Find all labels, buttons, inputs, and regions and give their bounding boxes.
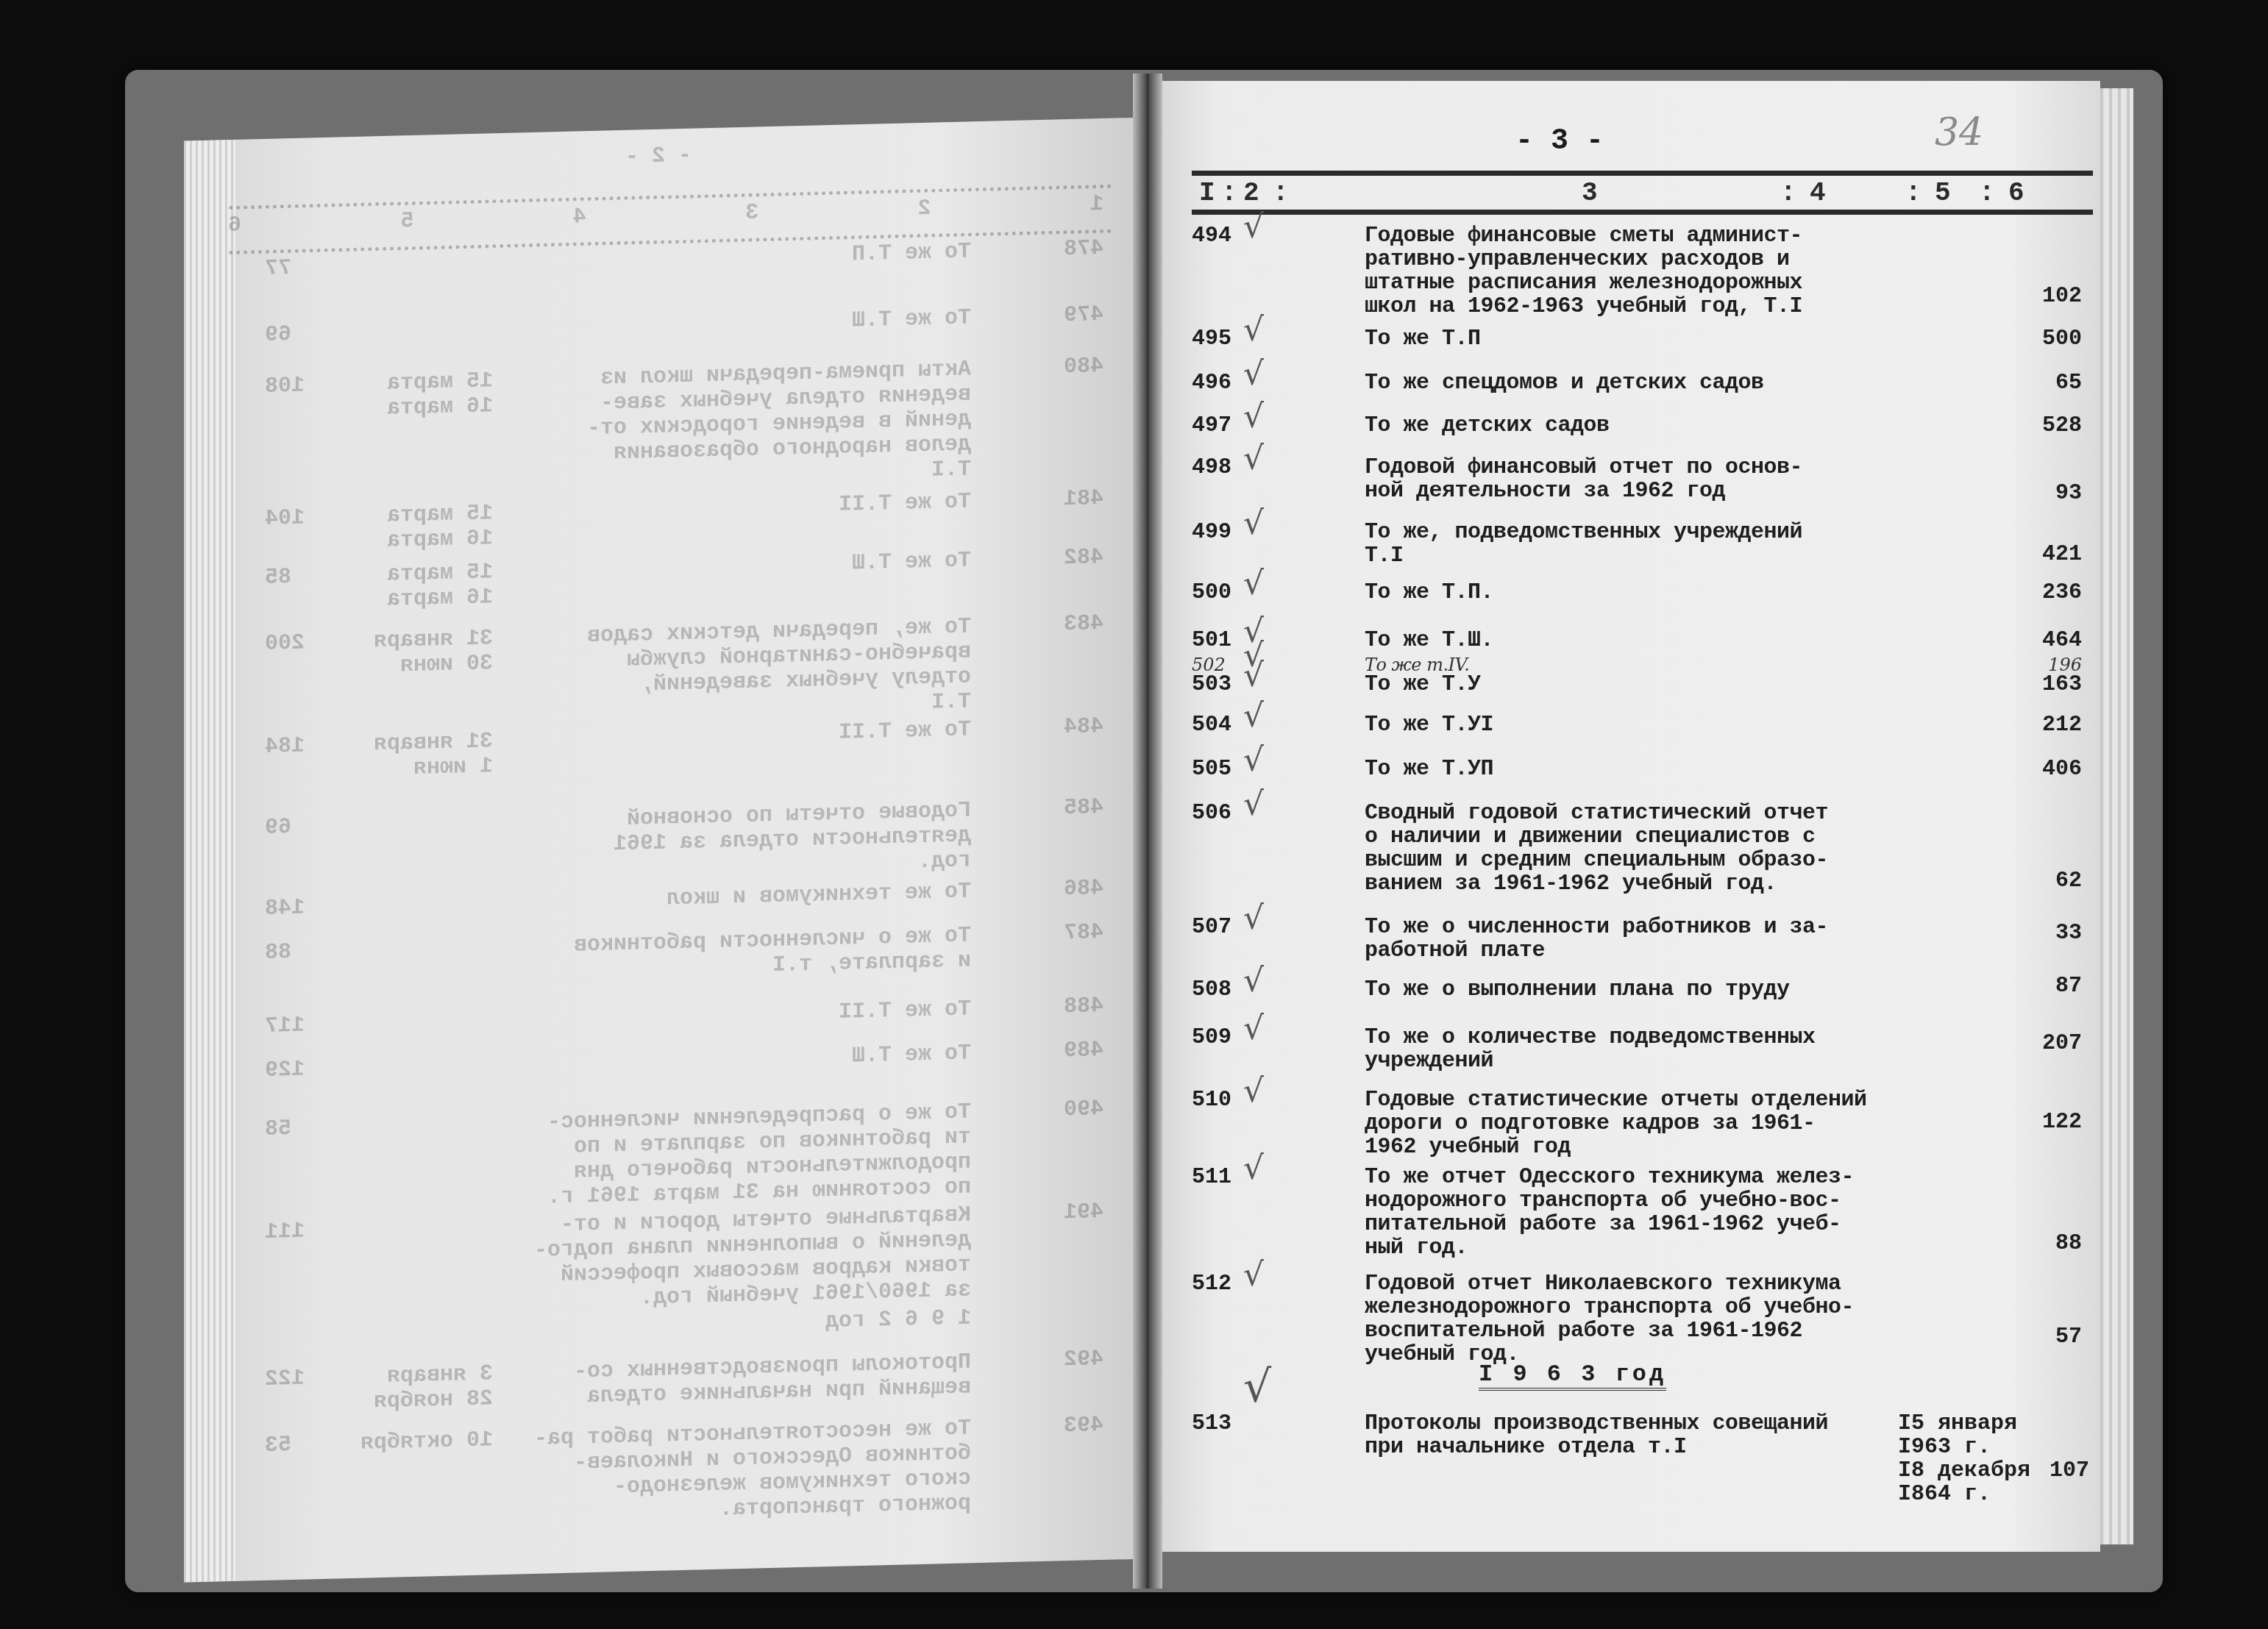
ghost-number: 492 (1023, 1347, 1103, 1399)
item-number: 506 (1192, 802, 1243, 825)
page-edge-stack-right (2100, 88, 2133, 1544)
col-header-4: 4 (1810, 178, 1826, 208)
ghost-sheets: 122 (265, 1366, 331, 1417)
sheet-count: 33 (2008, 922, 2082, 945)
ghost-sheets: 184 (265, 733, 331, 785)
checkmark-icon: √ (1243, 405, 1264, 429)
ghost-row: 482То же Т.Ш15 марта 16 марта85 (228, 545, 1103, 616)
column-header-row: I : 2 : 3 : 4 : 5 : 6 (1192, 171, 2093, 215)
ghost-number: 482 (1023, 545, 1103, 597)
item-description: То же Т.П (1365, 327, 1880, 351)
sheet-count: 500 (2008, 327, 2082, 351)
ghost-dates (331, 810, 493, 888)
ghost-sheets: 148 (265, 895, 331, 922)
ghost-row: 479То же Т.Ш69 (228, 302, 1103, 349)
ghost-sheets: 104 (265, 505, 331, 557)
ghost-dates: 15 марта 16 марта (331, 501, 493, 555)
checkmark-icon: √ (1243, 664, 1264, 688)
ghost-dates (331, 1111, 493, 1215)
ghost-text: Квартальные отчеты дороги и от- делений … (515, 1202, 971, 1313)
ghost-text: То же о численности работников и зарплат… (515, 923, 971, 984)
checkmark-icon: √ (1243, 907, 1264, 930)
item-number: 501 (1192, 629, 1243, 652)
checkmark-icon: √ (1243, 793, 1264, 816)
sheet-count: 107 (2016, 1459, 2089, 1483)
handwritten-folio: 34 (1935, 110, 1983, 154)
sheet-count: 122 (2008, 1111, 2082, 1134)
section-heading-1963: I 9 6 3 год (1479, 1361, 1666, 1391)
ghost-number: 493 (1023, 1413, 1103, 1515)
checkmark-icon: √ (1243, 512, 1264, 535)
ghost-row: 483То же, передачи детских садов врачебн… (228, 611, 1103, 732)
checkmark-icon: √ (1243, 749, 1264, 772)
ghost-row: 490То же о распределении численнос- ти р… (228, 1097, 1103, 1218)
item-number: 512 (1192, 1272, 1243, 1296)
checkmark-icon: √ (1243, 447, 1264, 471)
ghost-sheets: 69 (265, 814, 331, 891)
checkmark-icon: √ (1243, 705, 1264, 728)
item-description: То же Т.УI (1365, 713, 1880, 737)
ghost-text: То же Т.II (515, 997, 971, 1033)
item-description: То же Т.Ш. (1365, 629, 1880, 652)
ghost-row: 491Квартальные отчеты дороги и от- делен… (228, 1200, 1103, 1321)
ghost-sheets: 129 (265, 1057, 331, 1083)
ghost-text: Протоколы производственных со- вещаний п… (515, 1350, 971, 1411)
item-description: То же Т.УП (1365, 758, 1880, 781)
ghost-dates (331, 1317, 493, 1346)
item-description: Годовые финансовые сметы админист- ратив… (1365, 224, 1880, 318)
ghost-row: 489То же Т.Ш129 (228, 1038, 1103, 1084)
item-description: То же о количестве подведомственных учре… (1365, 1026, 1880, 1073)
item-description: Протоколы производственных совещаний при… (1365, 1412, 1880, 1459)
ghost-text: То же, передачи детских садов врачебно-с… (515, 614, 971, 725)
checkmark-icon: √ (1243, 1263, 1264, 1287)
left-page-number: - 2 - (184, 132, 1133, 181)
left-page: - 2 - 1 2 3 4 5 6 478То же Т.П77479То же… (184, 118, 1133, 1583)
ghost-text: То же техникумов и школ (515, 879, 971, 915)
item-number: 503 (1192, 673, 1243, 696)
item-number: 510 (1192, 1088, 1243, 1112)
ghost-text: То же несостоятельности работ ра- ботник… (515, 1416, 971, 1527)
ghost-sheets: 108 (265, 373, 331, 499)
ghost-dates (331, 251, 493, 279)
ghost-number: 483 (1023, 611, 1103, 713)
item-number: 500 (1192, 581, 1243, 605)
ghost-number: 486 (1023, 876, 1103, 903)
col-header-5: 5 (1935, 178, 1951, 208)
sheet-count: 421 (2008, 543, 2082, 566)
ghost-row: 492Протоколы производственных со- вещани… (228, 1347, 1103, 1418)
sheet-count: 207 (2008, 1032, 2082, 1055)
right-page: - 3 - 34 I : 2 : 3 : 4 : 5 : 6 494√Годов… (1162, 81, 2100, 1552)
checkmark-icon: √ (1243, 1017, 1264, 1041)
ghost-dates (331, 1008, 493, 1037)
checkmark-icon: √ (1243, 1375, 1271, 1399)
item-number: 513 (1192, 1412, 1243, 1436)
ghost-number: 488 (1023, 994, 1103, 1021)
ghost-text: Годовые отчеты по основной деятельности … (515, 798, 971, 884)
ghost-number: 481 (1023, 486, 1103, 538)
item-description: То же о численности работников и за- раб… (1365, 916, 1880, 963)
checkmark-icon: √ (1243, 363, 1264, 386)
sheet-count: 464 (2008, 629, 2082, 652)
sheet-count: 102 (2008, 285, 2082, 308)
item-description: То же детских садов (1365, 414, 1880, 438)
ghost-number: 489 (1023, 1038, 1103, 1065)
sheet-count: 87 (2008, 974, 2082, 998)
sheet-count: 88 (2008, 1232, 2082, 1255)
ghost-number: 479 (1023, 302, 1103, 329)
ghost-sheets: 117 (265, 1013, 331, 1039)
item-number: 497 (1192, 414, 1243, 438)
page-number: - 3 - (1515, 125, 1604, 158)
ghost-sheets: 200 (265, 630, 331, 732)
checkmark-icon: √ (1243, 1157, 1264, 1180)
ghost-dates: 15 марта 16 марта (331, 368, 493, 497)
sheet-count: 65 (2008, 371, 2082, 395)
item-number: 507 (1192, 916, 1243, 939)
item-number: 511 (1192, 1166, 1243, 1189)
checkmark-icon: √ (1243, 215, 1264, 239)
item-description: Годовой отчет Николаевского техникума же… (1365, 1272, 1880, 1366)
sheet-count: 62 (2008, 869, 2082, 893)
ghost-sheets: 111 (265, 1219, 331, 1320)
item-description: То же о выполнении плана по труду (1365, 978, 1880, 1002)
ghost-number: 485 (1023, 795, 1103, 872)
sheet-count: 236 (2008, 581, 2082, 605)
item-description: То же отчет Одесского техникума желез- н… (1365, 1166, 1880, 1260)
ghost-number: 487 (1023, 920, 1103, 972)
ghost-sheets: 69 (265, 321, 331, 348)
ghost-sheets (265, 1322, 331, 1348)
ghost-sheets: 58 (265, 1116, 331, 1217)
item-description: То же Т.П. (1365, 581, 1880, 605)
item-number: 499 (1192, 521, 1243, 544)
checkmark-icon: √ (1243, 318, 1264, 342)
item-description: Сводный годовой статистический отчет о н… (1365, 802, 1880, 896)
ghost-dates: 31 января 30 июня (331, 626, 493, 730)
item-description: Годовые статистические отчеты отделений … (1365, 1088, 1880, 1159)
checkmark-icon: √ (1243, 1080, 1264, 1103)
ghost-number: 490 (1023, 1097, 1103, 1199)
col-header-1: I (1199, 178, 1215, 208)
ghost-row: 488То же Т.II117 (228, 994, 1103, 1040)
ghost-dates: 3 января 28 ноября (331, 1361, 493, 1415)
ghost-dates (331, 317, 493, 346)
sheet-count: 212 (2008, 713, 2082, 737)
ghost-number: 491 (1023, 1200, 1103, 1302)
ghost-number (1023, 1302, 1103, 1330)
ghost-text: То же Т.Ш (515, 548, 971, 609)
ghost-text: То же Т.Ш (515, 305, 971, 341)
book-spine-gutter (1133, 74, 1162, 1589)
sheet-count: 406 (2008, 758, 2082, 781)
ghost-dates (331, 935, 493, 988)
ghost-dates: 15 марта 16 марта (331, 560, 493, 613)
ghost-sheets: 77 (265, 255, 331, 282)
ghost-sheets: 53 (265, 1432, 331, 1533)
item-description: То же Т.У (1365, 673, 1880, 696)
sheet-count: 57 (2008, 1325, 2082, 1349)
col-header-2: 2 (1243, 178, 1259, 208)
ghost-dates (331, 891, 493, 919)
ghost-text: То же Т.Ш (515, 1041, 971, 1077)
ghost-dates (331, 1214, 493, 1318)
ghost-dates: 10 октября (331, 1427, 493, 1531)
ghost-row: 487То же о численности работников и зарп… (228, 920, 1103, 991)
item-number: 498 (1192, 456, 1243, 480)
checkmark-icon: √ (1243, 572, 1264, 596)
bleed-through-text: - 2 - 1 2 3 4 5 6 478То же Т.П77479То же… (184, 118, 1133, 1583)
col-header-3: 3 (1582, 178, 1598, 208)
ghost-row: 493То же несостоятельности работ ра- бот… (228, 1413, 1103, 1534)
ghost-text: То же о распределении численнос- ти рабо… (515, 1099, 971, 1211)
ghost-number: 480 (1023, 354, 1103, 481)
item-number: 508 (1192, 978, 1243, 1002)
item-number: 496 (1192, 371, 1243, 395)
ghost-sheets: 88 (265, 939, 331, 991)
ghost-row: 485Годовые отчеты по основной деятельнос… (228, 795, 1103, 891)
ghost-row: 480Акты приема-передачи школ из ведения … (228, 354, 1103, 500)
ghost-text: Акты приема-передачи школ из ведения отд… (515, 357, 971, 493)
checkmark-icon: √ (1243, 969, 1264, 993)
ghost-sheets: 85 (265, 564, 331, 616)
item-description: Годовой финансовый отчет по основ- ной д… (1365, 456, 1880, 503)
item-description: То же спецдомов и детских садов (1365, 371, 1880, 395)
item-number: 505 (1192, 758, 1243, 781)
ghost-dates (331, 1052, 493, 1081)
ghost-number: 484 (1023, 714, 1103, 766)
item-number: 509 (1192, 1026, 1243, 1049)
ghost-text: То же Т.II (515, 717, 971, 778)
sheet-count: 163 (2008, 673, 2082, 696)
col-header-6: 6 (2008, 178, 2025, 208)
ghost-number: 478 (1023, 236, 1103, 263)
sheet-count: 528 (2008, 414, 2082, 438)
sheet-count: 93 (2008, 482, 2082, 505)
item-number: 495 (1192, 327, 1243, 351)
ghost-text: То же Т.II (515, 489, 971, 550)
item-number: 494 (1192, 224, 1243, 248)
item-description: То же, подведомственных учреждений Т.I (1365, 521, 1880, 568)
ghost-dates: 31 января 1 июня (331, 729, 493, 783)
item-number: 504 (1192, 713, 1243, 737)
